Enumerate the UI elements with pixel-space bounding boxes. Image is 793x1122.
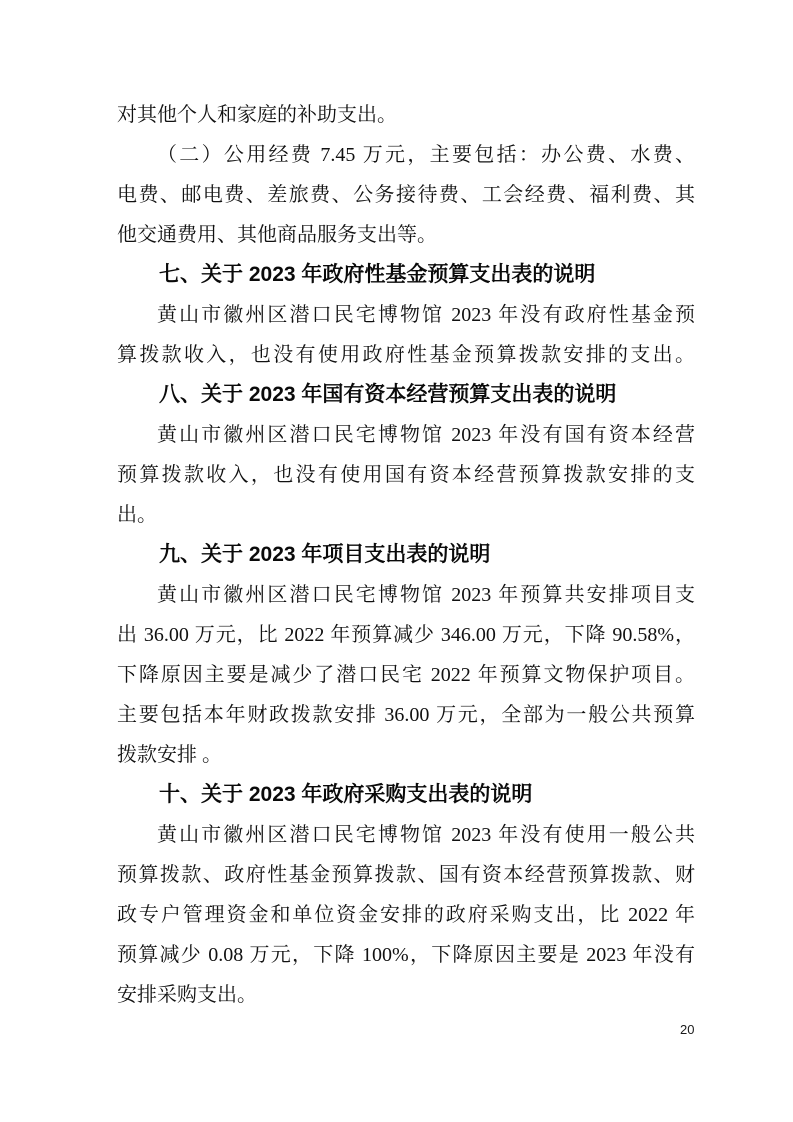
text-line: 黄山市徽州区潜口民宅博物馆 2023 年没有政府性基金预 <box>117 295 695 335</box>
text-line: 预算拨款收入，也没有使用国有资本经营预算拨款安排的支 <box>117 455 695 495</box>
text-line: 算拨款收入，也没有使用政府性基金预算拨款安排的支出。 <box>117 335 695 375</box>
text-line: 出。 <box>117 495 695 535</box>
document-page: 对其他个人和家庭的补助支出。 （二）公用经费 7.45 万元，主要包括：办公费、… <box>0 0 793 1122</box>
text-line: 黄山市徽州区潜口民宅博物馆 2023 年没有国有资本经营 <box>117 415 695 455</box>
text-line: 电费、邮电费、差旅费、公务接待费、工会经费、福利费、其 <box>117 175 695 215</box>
text-line: 政专户管理资金和单位资金安排的政府采购支出，比 2022 年 <box>117 895 695 935</box>
section-heading-10: 十、关于 2023 年政府采购支出表的说明 <box>117 775 695 815</box>
text-line: 主要包括本年财政拨款安排 36.00 万元，全部为一般公共预算 <box>117 695 695 735</box>
text-line: 对其他个人和家庭的补助支出。 <box>117 95 695 135</box>
text-line: 出 36.00 万元，比 2022 年预算减少 346.00 万元，下降 90.… <box>117 615 695 655</box>
section-heading-8: 八、关于 2023 年国有资本经营预算支出表的说明 <box>117 375 695 415</box>
page-number: 20 <box>680 1022 694 1037</box>
text-line: 黄山市徽州区潜口民宅博物馆 2023 年没有使用一般公共 <box>117 815 695 855</box>
text-line: 拨款安排 。 <box>117 735 695 775</box>
text-line: （二）公用经费 7.45 万元，主要包括：办公费、水费、 <box>117 135 695 175</box>
text-line: 他交通费用、其他商品服务支出等。 <box>117 215 695 255</box>
text-line: 预算拨款、政府性基金预算拨款、国有资本经营预算拨款、财 <box>117 855 695 895</box>
text-line: 黄山市徽州区潜口民宅博物馆 2023 年预算共安排项目支 <box>117 575 695 615</box>
text-line: 下降原因主要是减少了潜口民宅 2022 年预算文物保护项目。 <box>117 655 695 695</box>
text-line: 预算减少 0.08 万元，下降 100%，下降原因主要是 2023 年没有 <box>117 935 695 975</box>
text-line: 安排采购支出。 <box>117 975 695 1015</box>
page-content: 对其他个人和家庭的补助支出。 （二）公用经费 7.45 万元，主要包括：办公费、… <box>117 95 695 1015</box>
section-heading-7: 七、关于 2023 年政府性基金预算支出表的说明 <box>117 255 695 295</box>
section-heading-9: 九、关于 2023 年项目支出表的说明 <box>117 535 695 575</box>
